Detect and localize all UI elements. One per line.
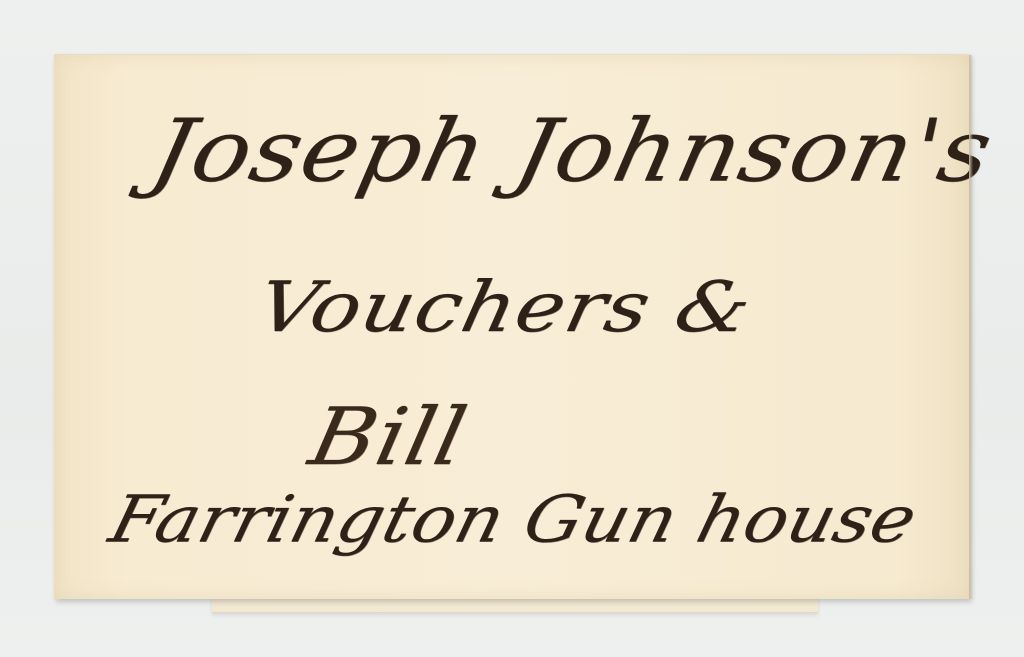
handwritten-location: Farrington Gun house [103,481,925,557]
handwritten-bill: Bill [302,390,475,483]
paper-docket: Joseph Johnson's Vouchers & Bill Farring… [54,54,970,599]
handwritten-vouchers: Vouchers & [250,267,759,348]
photo-stage: Joseph Johnson's Vouchers & Bill Farring… [0,0,1024,657]
handwritten-name: Joseph Johnson's [143,101,1001,202]
